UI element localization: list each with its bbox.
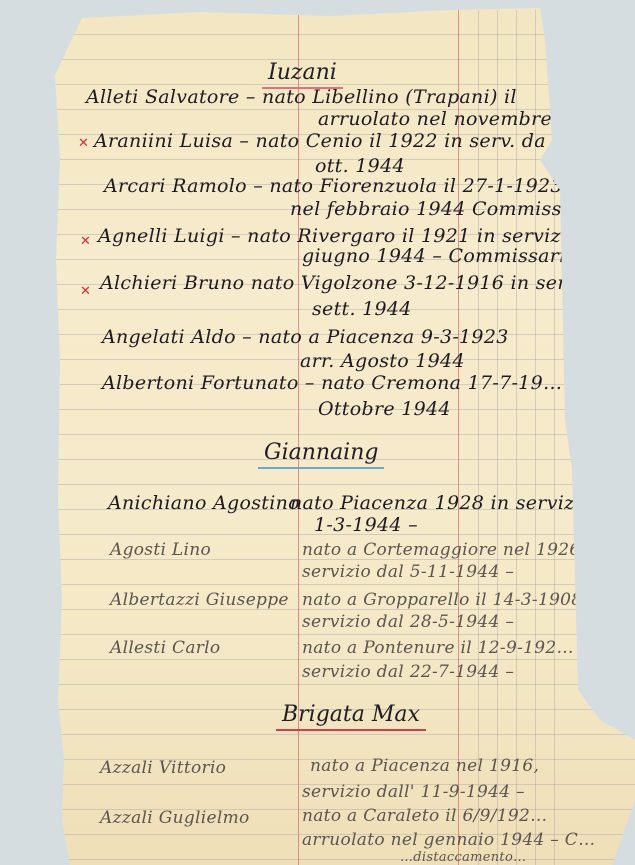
entry-line: Angelati Aldo – nato a Piacenza 9-3-1923 [102, 326, 509, 348]
entry-line: nato Piacenza 1928 in servizio [290, 492, 593, 514]
entry-line: Araniini Luisa – nato Cenio il 1922 in s… [94, 130, 546, 152]
entry-line: Albertoni Fortunato – nato Cremona 17-7-… [102, 372, 562, 394]
section-heading: Iuzani [262, 60, 343, 89]
red-x-mark-icon: ✕ [80, 234, 91, 249]
entry-line: arr. Agosto 1944 [300, 350, 465, 372]
entry-name: Albertazzi Giuseppe [110, 590, 289, 610]
entry-line: servizio dal 22-7-1944 – [302, 662, 514, 682]
entry-line: …distaccamento… [400, 850, 526, 865]
entry-name: Azzali Vittorio [100, 758, 226, 778]
red-x-mark-icon: ✕ [80, 284, 91, 299]
entry-line: nato a Pontenure il 12-9-192… [302, 638, 574, 658]
entry-line: arruolato nel gennaio 1944 – C… [302, 830, 595, 850]
entry-line: 1-3-1944 – [314, 514, 418, 536]
section-heading: Giannaing [258, 440, 384, 469]
document-page: Iuzani Alleti Salvatore – nato Libellino… [0, 0, 635, 865]
entry-name: Agosti Lino [110, 540, 211, 560]
entry-line: Ottobre 1944 [318, 398, 451, 420]
section-heading: Brigata Max [276, 702, 426, 731]
entry-line: Alchieri Bruno nato Vigolzone 3-12-1916 … [100, 272, 632, 294]
red-x-mark-icon: ✕ [78, 136, 89, 151]
entry-line: servizio dall' 11-9-1944 – [302, 782, 525, 802]
entry-line: Alleti Salvatore – nato Libellino (Trapa… [86, 86, 517, 108]
entry-line: Agnelli Luigi – nato Rivergaro il 1921 i… [98, 225, 598, 247]
entry-line: servizio dal 5-11-1944 – [302, 562, 514, 582]
entry-line: ott. 1944 [315, 155, 405, 177]
grid-line [554, 10, 555, 865]
entry-line: sett. 1944 [312, 298, 412, 320]
entry-name: Allesti Carlo [110, 638, 220, 658]
entry-line: nato a Caraleto il 6/9/192… [302, 806, 547, 826]
entry-line: nato a Piacenza nel 1916, [310, 756, 539, 776]
entry-line: giugno 1944 – Commissario Batt… [302, 245, 635, 267]
entry-line: nato a Cortemaggiore nel 1926 [302, 540, 580, 560]
entry-line: nato a Gropparello il 14-3-1908 [302, 590, 582, 610]
entry-name: Azzali Guglielmo [100, 808, 250, 828]
entry-line: nel febbraio 1944 Commissario Ba… [290, 198, 635, 220]
entry-name: Anichiano Agostino [108, 492, 300, 514]
entry-line: servizio dal 28-5-1944 – [302, 612, 514, 632]
entry-line: Arcari Ramolo – nato Fiorenzuola il 27-1… [104, 175, 635, 197]
entry-line: arruolato nel novembre 191… [318, 108, 615, 130]
